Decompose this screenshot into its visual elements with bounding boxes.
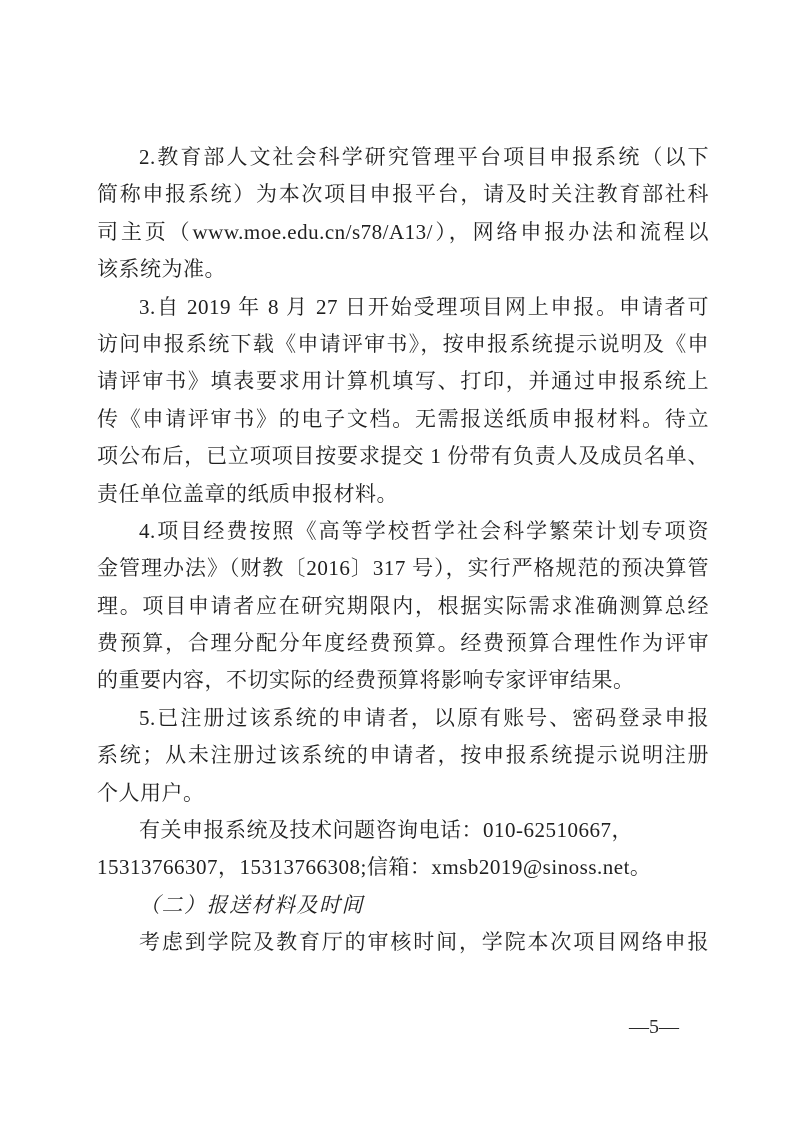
text-line: 该系统为准。 — [97, 251, 709, 288]
text-line: 项公布后，已立项项目按要求提交 1 份带有负责人及成员名单、 — [97, 438, 709, 475]
text-line: 费预算，合理分配分年度经费预算。经费预算合理性作为评审 — [97, 625, 709, 662]
paragraph-item-4-funding: 4.项目经费按照《高等学校哲学社会科学繁荣计划专项资金管理办法》（财教〔2016… — [97, 513, 709, 700]
paragraph-item-5-account: 5.已注册过该系统的申请者，以原有账号、密码登录申报系统；从未注册过该系统的申请… — [97, 700, 709, 812]
text-line: （二）报送材料及时间 — [97, 887, 709, 924]
text-line: 责任单位盖章的纸质申报材料。 — [97, 476, 709, 513]
text-line: 的重要内容，不切实际的经费预算将影响专家评审结果。 — [97, 662, 709, 699]
text-line: 15313766307，15313766308;信箱：xmsb2019@sino… — [97, 849, 709, 886]
text-line: 传《申请评审书》的电子文档。无需报送纸质申报材料。待立 — [97, 401, 709, 438]
text-line: 请评审书》填表要求用计算机填写、打印，并通过申报系统上 — [97, 363, 709, 400]
text-line: 2.教育部人文社会科学研究管理平台项目申报系统（以下 — [97, 139, 709, 176]
text-line: 访问申报系统下载《申请评审书》，按申报系统提示说明及《申 — [97, 326, 709, 363]
text-line: 系统；从未注册过该系统的申请者，按申报系统提示说明注册 — [97, 737, 709, 774]
text-line: 4.项目经费按照《高等学校哲学社会科学繁荣计划专项资 — [97, 513, 709, 550]
paragraph-heading-2-materials: （二）报送材料及时间 — [97, 887, 709, 924]
page-number: —5— — [629, 1013, 679, 1041]
paragraph-item-3-online-application: 3.自 2019 年 8 月 27 日开始受理项目网上申报。申请者可访问申报系统… — [97, 289, 709, 513]
text-line: 有关申报系统及技术问题咨询电话：010-62510667， — [97, 812, 709, 849]
paragraph-item-2-system-intro: 2.教育部人文社会科学研究管理平台项目申报系统（以下简称申报系统）为本次项目申报… — [97, 139, 709, 289]
document-page: 2.教育部人文社会科学研究管理平台项目申报系统（以下简称申报系统）为本次项目申报… — [0, 0, 793, 1122]
text-line: 3.自 2019 年 8 月 27 日开始受理项目网上申报。申请者可 — [97, 289, 709, 326]
text-line: 司主页（www.moe.edu.cn/s78/A13/），网络申报办法和流程以 — [97, 214, 709, 251]
text-line: 5.已注册过该系统的申请者，以原有账号、密码登录申报 — [97, 700, 709, 737]
document-body: 2.教育部人文社会科学研究管理平台项目申报系统（以下简称申报系统）为本次项目申报… — [97, 139, 709, 962]
text-line: 简称申报系统）为本次项目申报平台，请及时关注教育部社科 — [97, 176, 709, 213]
text-line: 理。项目申请者应在研究期限内，根据实际需求准确测算总经 — [97, 588, 709, 625]
text-line: 金管理办法》（财教〔2016〕317 号），实行严格规范的预决算管 — [97, 550, 709, 587]
text-line: 考虑到学院及教育厅的审核时间，学院本次项目网络申报 — [97, 924, 709, 961]
paragraph-item-review-time: 考虑到学院及教育厅的审核时间，学院本次项目网络申报 — [97, 924, 709, 961]
text-line: 个人用户。 — [97, 775, 709, 812]
paragraph-contact-info: 有关申报系统及技术问题咨询电话：010-62510667，15313766307… — [97, 812, 709, 887]
